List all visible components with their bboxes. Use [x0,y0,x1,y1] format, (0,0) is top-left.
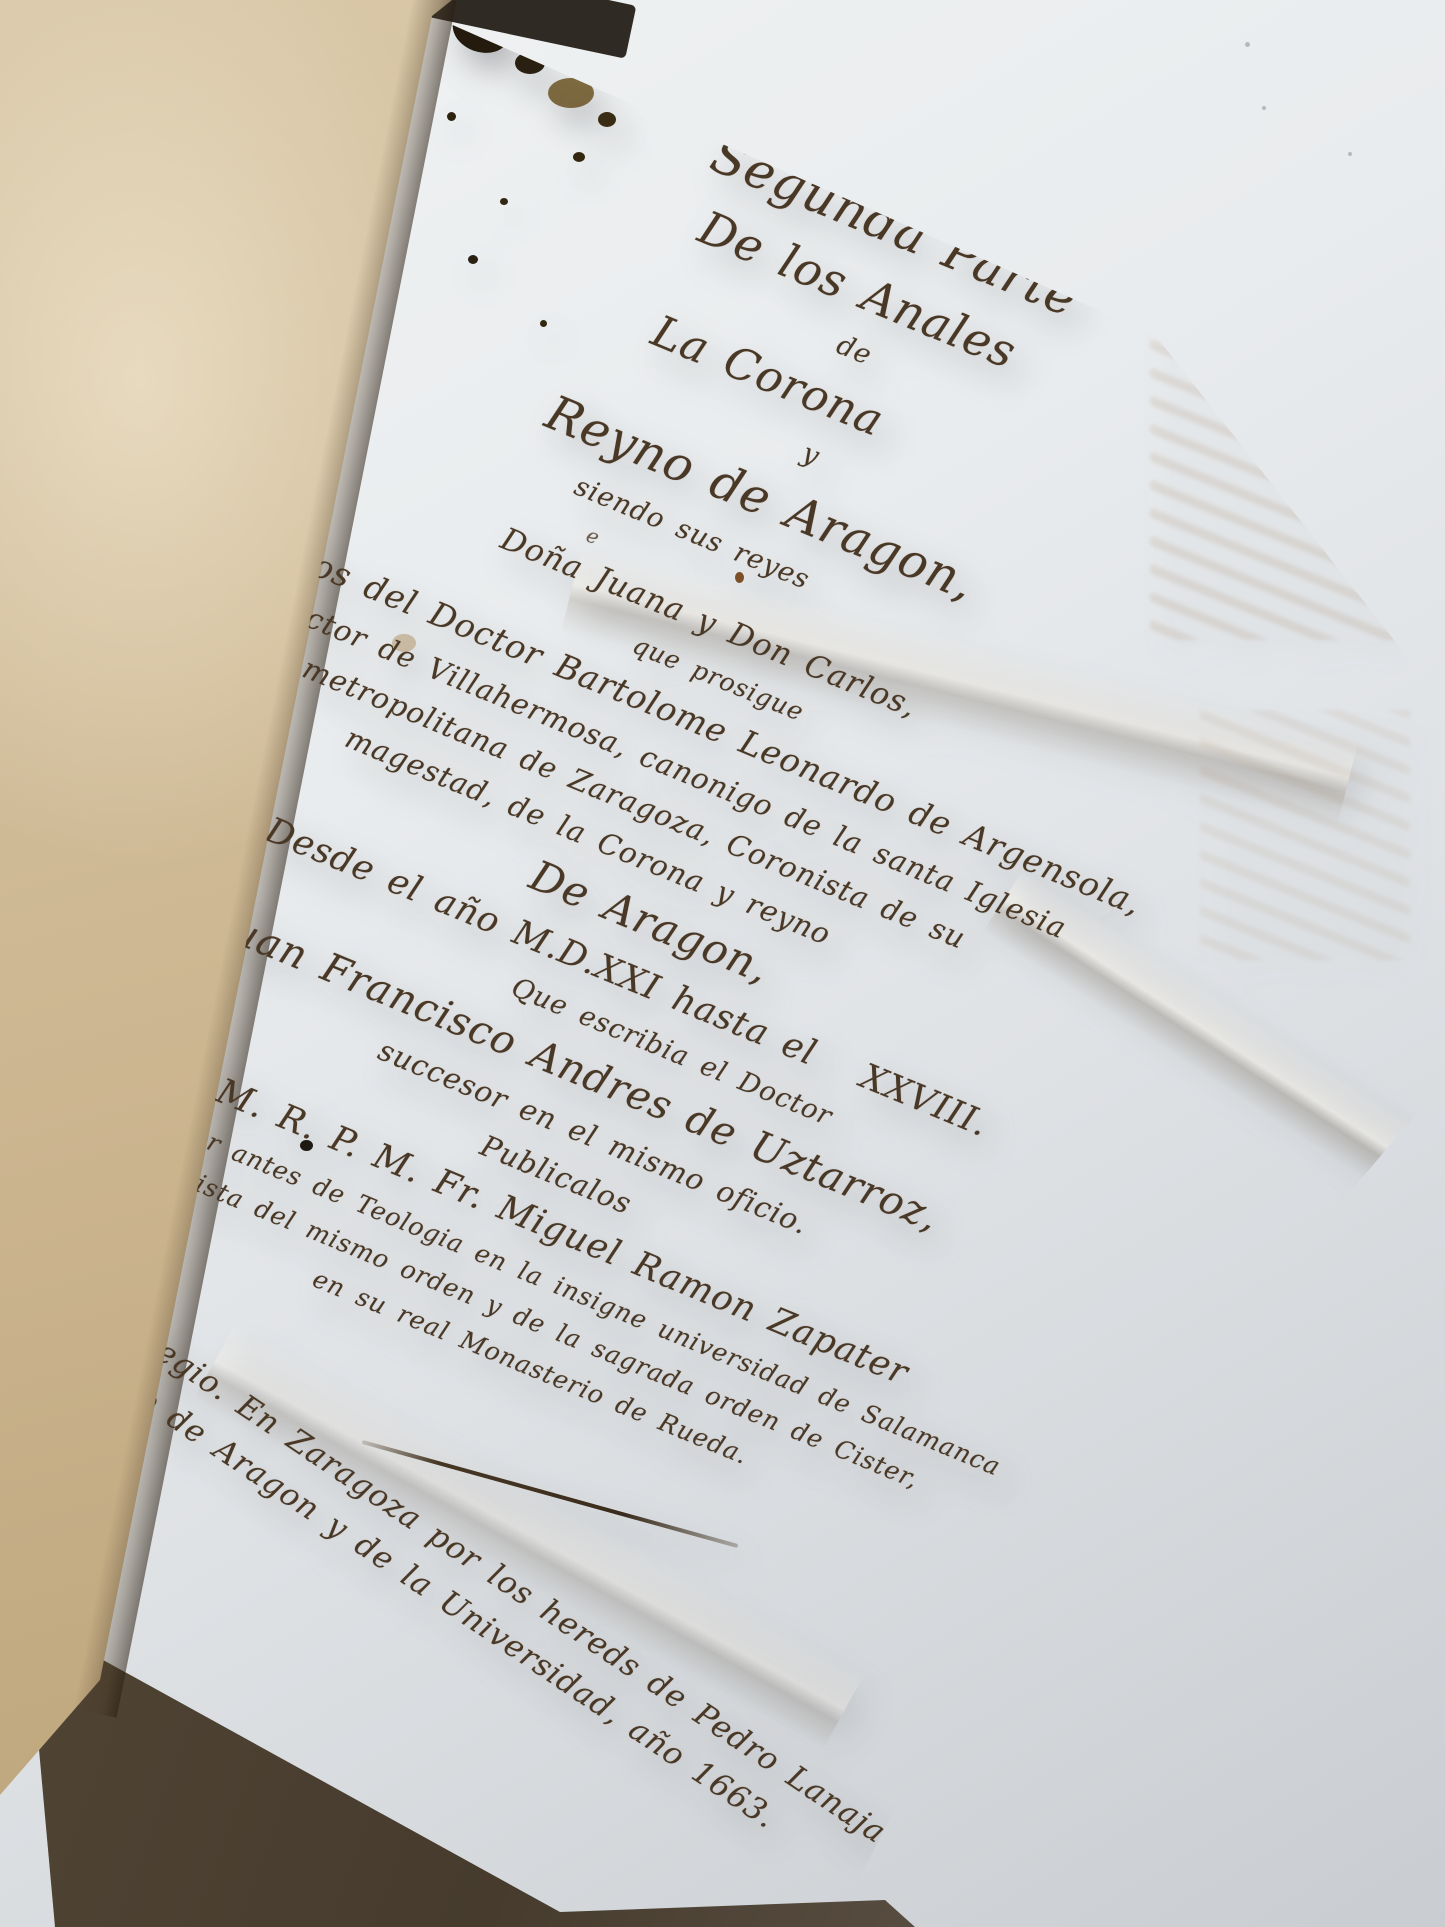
book-photo: Segunda Parte De los Anales de La Corona… [0,0,1445,1927]
show-through-print [1200,710,1410,960]
desk-speck [1348,152,1352,156]
desk-speck [1262,106,1266,110]
desk-speck [1245,42,1250,47]
